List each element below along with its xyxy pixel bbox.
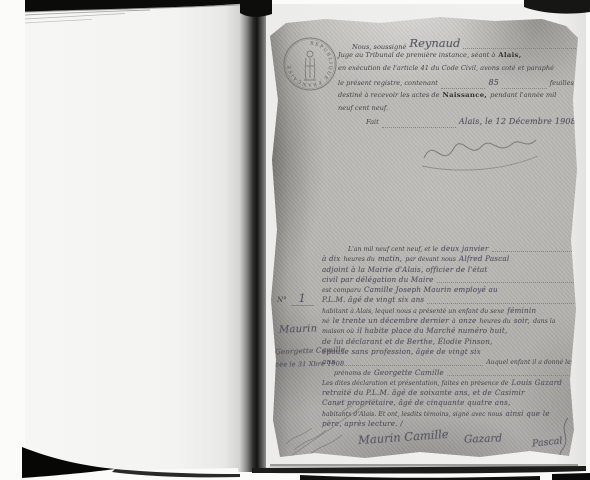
act-line: adjoint à la Mairie d'Alais, officier de… xyxy=(322,265,574,275)
printed-text: Naissance, xyxy=(443,91,488,99)
printed-text: prénoms de xyxy=(334,370,371,377)
handwritten-text: ainsi que le xyxy=(505,409,549,418)
act-line: prénoms deGeorgette Camille xyxy=(322,368,574,378)
handwritten-text: Alais, le 12 Décembre 1908 xyxy=(459,117,576,126)
handwritten-text: deux janvier xyxy=(441,244,488,253)
header-line: le présent registre, contenant85feuilles… xyxy=(338,78,576,91)
act-line: Les dites déclaration et présentation, f… xyxy=(322,378,574,388)
printed-text: Nous, soussigné xyxy=(352,43,406,51)
handwritten-text: ans xyxy=(322,357,335,366)
printed-text: Les dites déclaration et présentation, f… xyxy=(322,380,508,387)
printed-text: feuilles, xyxy=(550,79,576,87)
handwritten-text: le trente un décembre dernier xyxy=(333,316,449,325)
handwritten-text: onze xyxy=(459,316,477,325)
header-line: Juge au Tribunal de première instance, s… xyxy=(338,51,576,64)
handwritten-text: Reynaud xyxy=(409,36,460,50)
handwritten-text: épouse sans profession, âgée de vingt si… xyxy=(322,347,481,356)
handwritten-text: P.L.M. âgé de vingt six ans xyxy=(322,295,424,304)
act-line: ansAuquel enfant il a donné les xyxy=(322,357,574,367)
act-line: de lui déclarant et de Berthe, Élodie Pi… xyxy=(322,337,574,347)
handwritten-text: il habite place du Marché numéro huit, xyxy=(357,326,507,335)
printed-text: Auquel enfant il a donné les xyxy=(486,359,574,366)
handwritten-text: soir, xyxy=(514,316,530,325)
printed-text: maison où xyxy=(322,328,354,335)
handwritten-text: 85 xyxy=(488,78,499,87)
printed-text: dans la xyxy=(533,318,555,325)
scanned-register-photo: RÉPUBLIQUE FRANÇAISE Nous, soussignéReyn… xyxy=(0,0,590,480)
printed-text: destiné à recevoir les actes de xyxy=(338,91,440,99)
handwritten-text: Alfred Pascal xyxy=(459,254,509,263)
header-line: Nous, soussignéReynaud xyxy=(338,38,576,51)
act-line: habitant à Alais, lequel nous a présenté… xyxy=(322,306,574,316)
act-line: maison oùil habite place du Marché numér… xyxy=(322,326,574,336)
handwritten-text: matin, xyxy=(378,254,402,263)
blank-rule xyxy=(447,375,574,376)
printed-text: neuf cent neuf. xyxy=(338,104,388,112)
blank-rule xyxy=(502,88,547,89)
blank-left-page xyxy=(25,4,240,472)
header-lines: Nous, soussignéReynaudJuge au Tribunal d… xyxy=(338,38,576,130)
act-line: civil par délégation du Maire xyxy=(322,275,574,285)
margin-surname: Maurin xyxy=(279,323,318,335)
header-line: en exécution de l'article 41 du Code Civ… xyxy=(338,64,576,77)
act-line: L'an mil neuf cent neuf, et ledeux janvi… xyxy=(322,244,574,254)
blank-rule xyxy=(427,303,574,304)
act-line: néle trente un décembre dernieràonzeheur… xyxy=(322,316,574,326)
printed-text: L'an mil neuf cent neuf, et le xyxy=(348,246,438,253)
printed-text: heures du xyxy=(479,318,510,325)
printed-text: habitant à Alais, lequel nous a présenté… xyxy=(322,308,504,315)
printed-text: Juge au Tribunal de première instance, s… xyxy=(338,51,495,59)
printed-text: le présent registre, contenant xyxy=(338,79,438,87)
handwritten-text: civil par délégation du Maire xyxy=(322,275,434,284)
handwritten-text: adjoint à la Mairie d'Alais, officier de… xyxy=(322,265,487,274)
republique-francaise-stamp-icon: RÉPUBLIQUE FRANÇAISE xyxy=(282,36,338,92)
judge-signature-flourish xyxy=(420,130,540,176)
printed-text: en exécution de l'article 41 du Code Civ… xyxy=(338,64,554,72)
printed-text: par devant nous xyxy=(405,256,456,263)
register-sheet: RÉPUBLIQUE FRANÇAISE Nous, soussignéReyn… xyxy=(270,10,578,468)
blank-rule xyxy=(437,282,574,283)
handwritten-text: Camille Joseph Maurin employé au xyxy=(364,285,498,294)
handwritten-text: Casimir xyxy=(495,388,525,397)
handwritten-text: féminin xyxy=(507,306,536,315)
act-number-label: N° xyxy=(277,296,287,304)
blank-rule xyxy=(338,365,483,366)
act-line: P.L.M. âgé de vingt six ans xyxy=(322,295,574,305)
blank-rule xyxy=(492,251,574,252)
handwritten-text: Georgette Camille xyxy=(374,368,444,377)
act-number-value: 1 xyxy=(291,292,314,306)
printed-text: est comparu xyxy=(322,287,361,294)
printed-text: né xyxy=(322,318,330,325)
act-line: à dixheures dumatin,par devant nousAlfre… xyxy=(322,254,574,264)
act-number: N° 1 xyxy=(277,292,314,306)
printed-text: pendant l'année mil xyxy=(490,91,556,99)
header-line: FaitAlais, le 12 Décembre 1908 xyxy=(338,117,576,130)
handwritten-text: à dix xyxy=(322,254,341,263)
header-line: neuf cent neuf. xyxy=(338,104,576,117)
blank-rule xyxy=(463,48,576,49)
handwritten-text: Louis Gazard xyxy=(511,378,562,387)
blank-rule xyxy=(441,88,486,89)
act-line: épouse sans profession, âgée de vingt si… xyxy=(322,347,574,357)
blank-rule xyxy=(382,127,456,128)
handwritten-text: de lui déclarant et de Berthe, Élodie Pi… xyxy=(322,337,493,346)
printed-text: heures du xyxy=(344,256,375,263)
act-line: est comparuCamille Joseph Maurin employé… xyxy=(322,285,574,295)
header-line: destiné à recevoir les actes deNaissance… xyxy=(338,91,576,104)
printed-text: Alais, xyxy=(498,51,521,59)
printed-text: à xyxy=(452,318,456,325)
printed-text: Fait xyxy=(366,118,379,126)
signature-text: Gazard xyxy=(464,432,503,445)
